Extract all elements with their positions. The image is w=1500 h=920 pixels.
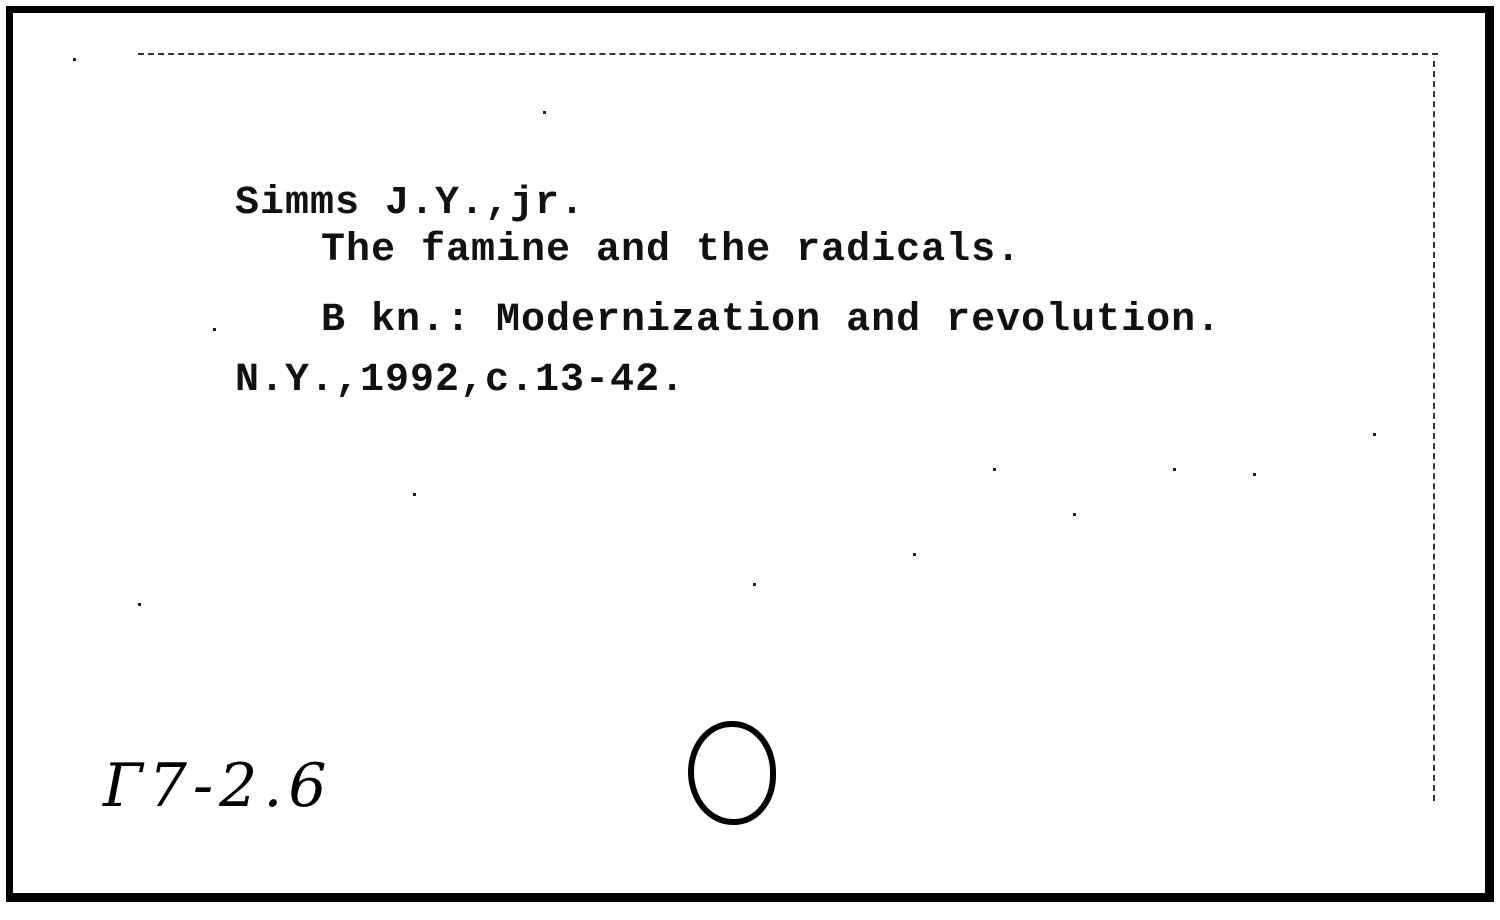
speck [1173, 468, 1176, 471]
speck [138, 603, 141, 606]
speck [543, 111, 546, 114]
source-line: B kn.: Modernization and revolution. [321, 298, 1221, 343]
speck [1073, 513, 1076, 516]
speck [413, 493, 416, 496]
speck [213, 328, 216, 331]
speck [73, 58, 76, 61]
speck [753, 583, 756, 586]
speck [1373, 433, 1376, 436]
title-line: The famine and the radicals. [321, 228, 1021, 273]
author-line: Simms J.Y.,jr. [235, 181, 585, 226]
call-number: Г7-2.6 [103, 751, 333, 821]
imprint-line: N.Y.,1992,c.13-42. [235, 358, 685, 403]
punch-hole-icon [688, 721, 776, 825]
dashed-border-top [138, 53, 1438, 55]
speck [993, 468, 996, 471]
speck [1253, 473, 1256, 476]
speck [913, 553, 916, 556]
dashed-border-right [1433, 61, 1435, 801]
catalog-card: Simms J.Y.,jr. The famine and the radica… [6, 6, 1494, 902]
